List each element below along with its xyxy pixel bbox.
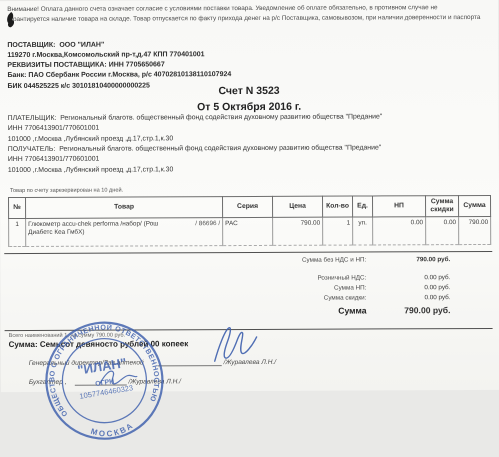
supplier-address: 119270 г.Москва,Комсомольский пр-т,д.47 … <box>7 50 231 61</box>
cell-discount: 0.00 <box>426 216 459 245</box>
cell-np: 0.00 <box>373 216 426 245</box>
total-subtotal: Сумма без НДС и НП: 790.00 руб. <box>245 256 450 264</box>
cell-price: 790.00 <box>273 217 323 246</box>
product-name: Глюкометр accu-chek performa /набор/ (Ро… <box>28 220 178 237</box>
table-header-row: № Товар Серия Цена Кол-во Ед. НП Сумма с… <box>9 195 491 218</box>
cell-unit: уп. <box>353 217 373 246</box>
col-number: № <box>9 197 26 218</box>
table-row: 1 Глюкометр accu-chek performa /набор/ (… <box>9 216 491 247</box>
product-code: / 86696 / <box>195 220 220 228</box>
totals-block: Сумма без НДС и НП: 790.00 руб. Розничны… <box>245 256 450 319</box>
cell-quantity: 1 <box>323 217 353 246</box>
total-discount: Сумма скидки: 0.00 руб. <box>245 294 450 302</box>
col-quantity: Кол-во <box>323 196 353 217</box>
payer-line: ПЛАТЕЛЬЩИК: Региональный благотв. общест… <box>8 112 383 124</box>
director-signature-ink <box>209 323 261 372</box>
cell-number: 1 <box>9 218 26 247</box>
cell-product: Глюкометр accu-chek performa /набор/ (Ро… <box>26 217 223 247</box>
total-np: Сумма НП: 0.00 руб. <box>245 284 450 292</box>
supplier-bank: Банк: ПАО Сбербанк России г.Москва, р/с … <box>7 71 231 82</box>
ink-blot-artifact <box>5 11 19 34</box>
col-np: НП <box>373 196 426 217</box>
col-series: Серия <box>223 196 273 217</box>
col-sum: Сумма <box>459 195 491 216</box>
invoice-title-block: Счет N 3523 От 5 Октября 2016 г. <box>0 83 499 117</box>
col-product: Товар <box>26 197 223 218</box>
disclaimer-text: Внимание! Оплата данного счета означает … <box>7 3 481 25</box>
total-retail-vat: Розничный НДС: 0.00 руб. <box>245 274 450 282</box>
parties-block: ПЛАТЕЛЬЩИК: Региональный благотв. общест… <box>8 112 383 176</box>
stamp-company-name: "ИЛАН" <box>76 355 127 378</box>
col-discount: Сумма скидки <box>426 196 459 217</box>
cell-series: РАС <box>223 217 273 246</box>
col-price: Цена <box>273 196 323 217</box>
invoice-table: № Товар Серия Цена Кол-во Ед. НП Сумма с… <box>8 195 491 247</box>
receiver-address: 101000 ,г.Москва ,Лубянский проезд ,д.17… <box>8 164 383 176</box>
col-unit: Ед. <box>353 196 373 217</box>
cell-sum: 790.00 <box>459 216 491 245</box>
reserve-note: Товар по счету зарезервирован на 10 дней… <box>10 188 123 194</box>
total-grand: Сумма 790.00 руб. <box>245 305 450 316</box>
invoice-document: Внимание! Оплата данного счета означает … <box>0 0 499 391</box>
company-round-stamp: ОБЩЕСТВО С ОГРАНИЧЕННОЙ ОТВЕТСТВЕННОСТЬЮ… <box>33 310 176 391</box>
divider-line-top <box>4 251 492 254</box>
